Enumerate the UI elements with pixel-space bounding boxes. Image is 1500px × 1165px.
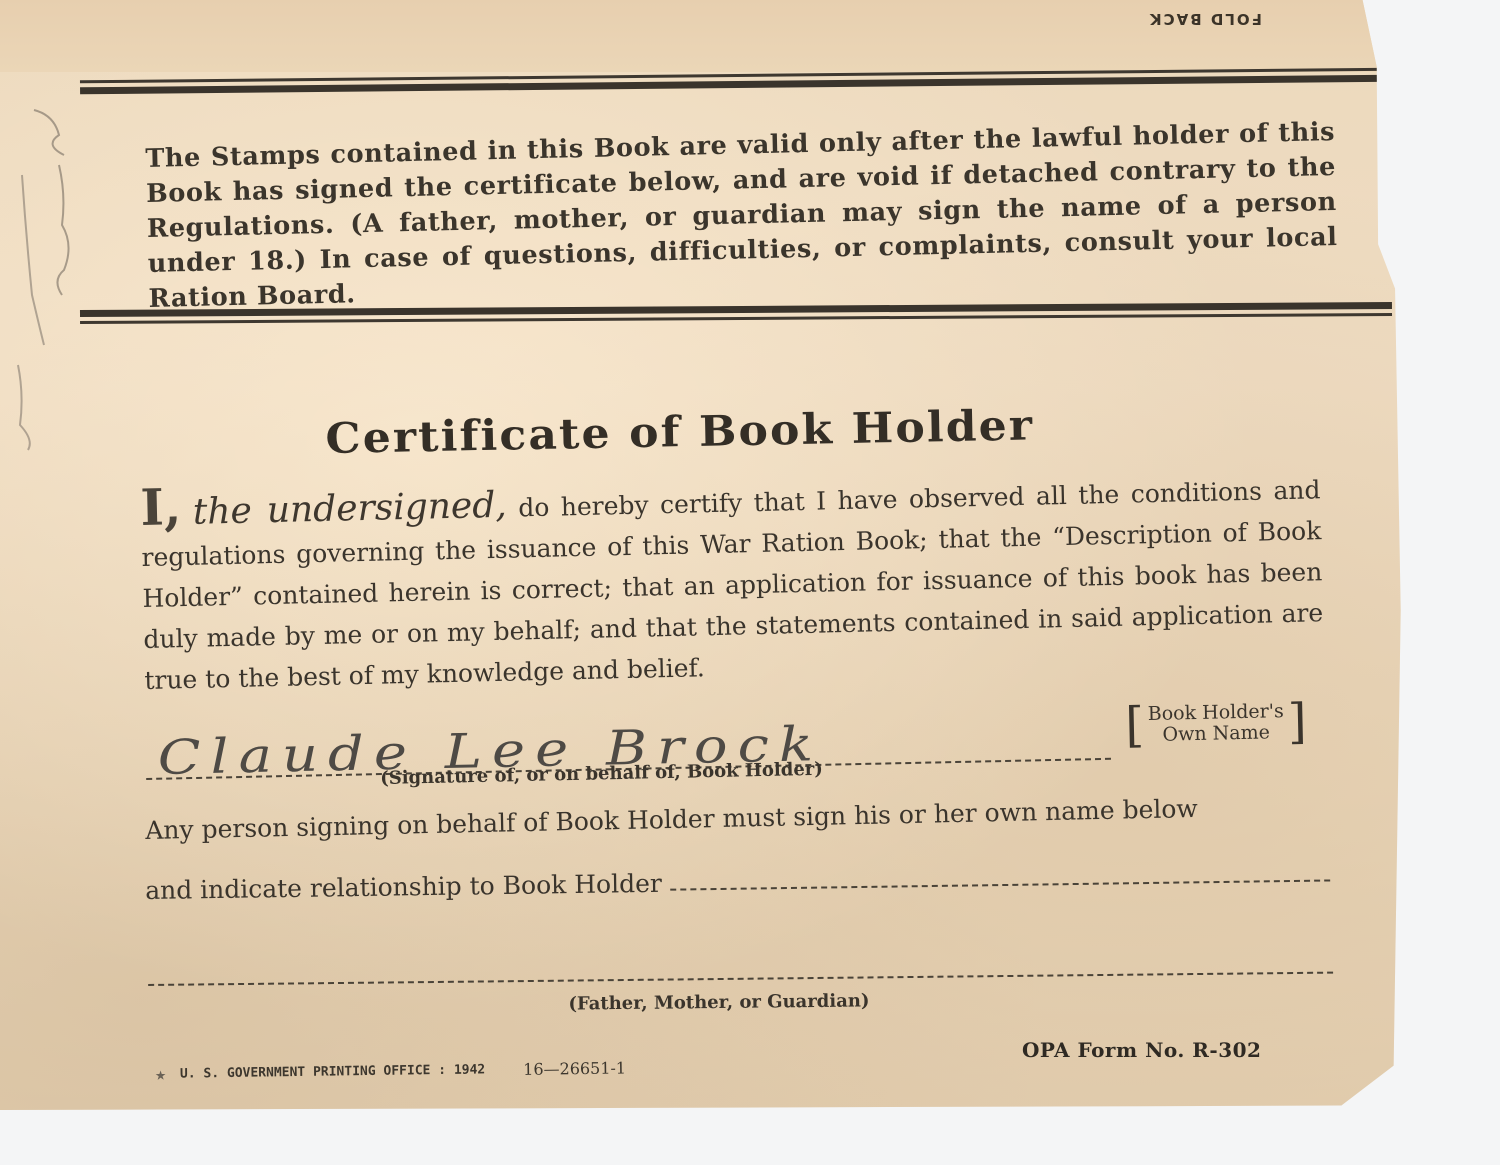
certificate-title: Certificate of Book Holder (325, 401, 1035, 464)
guardian-signature-line[interactable] (148, 958, 1333, 986)
guardian-caption: (Father, Mother, or Guardian) (568, 986, 1333, 1015)
own-name-line-2: Own Name (1162, 721, 1270, 745)
ration-book-page: FOLD BACK The Stamps contained in this B… (0, 0, 1412, 1110)
fold-back-strip: FOLD BACK (0, 0, 1392, 72)
print-number: 16—26651-1 (523, 1058, 626, 1078)
relationship-field[interactable]: and indicate relationship to Book Holder (145, 859, 1330, 905)
own-name-label: [ Book Holder's Own Name ] (1125, 698, 1307, 750)
relationship-input-line[interactable] (670, 879, 1330, 890)
fold-back-label: FOLD BACK (1148, 10, 1262, 28)
left-bracket-icon: [ (1125, 701, 1145, 749)
star-icon: ★ (155, 1064, 166, 1085)
margin-handwriting-icon (14, 95, 74, 455)
form-number: OPA Form No. R-302 (1022, 1038, 1261, 1062)
behalf-signing-note: Any person signing on behalf of Book Hol… (145, 790, 1335, 847)
stamps-validity-notice: The Stamps contained in this Book are va… (145, 115, 1339, 317)
printer-imprint: ★ U. S. GOVERNMENT PRINTING OFFICE : 194… (155, 1057, 626, 1085)
right-bracket-icon: ] (1287, 698, 1307, 746)
guardian-signature-field[interactable]: (Father, Mother, or Guardian) (148, 958, 1333, 1019)
opening-italic: the undersigned, (192, 485, 507, 533)
relationship-label: and indicate relationship to Book Holder (145, 869, 662, 905)
certificate-body: I, the undersigned, do hereby certify th… (140, 460, 1325, 701)
printer-name: U. S. GOVERNMENT PRINTING OFFICE : 1942 (180, 1062, 485, 1081)
opening-initial: I, (140, 477, 182, 537)
